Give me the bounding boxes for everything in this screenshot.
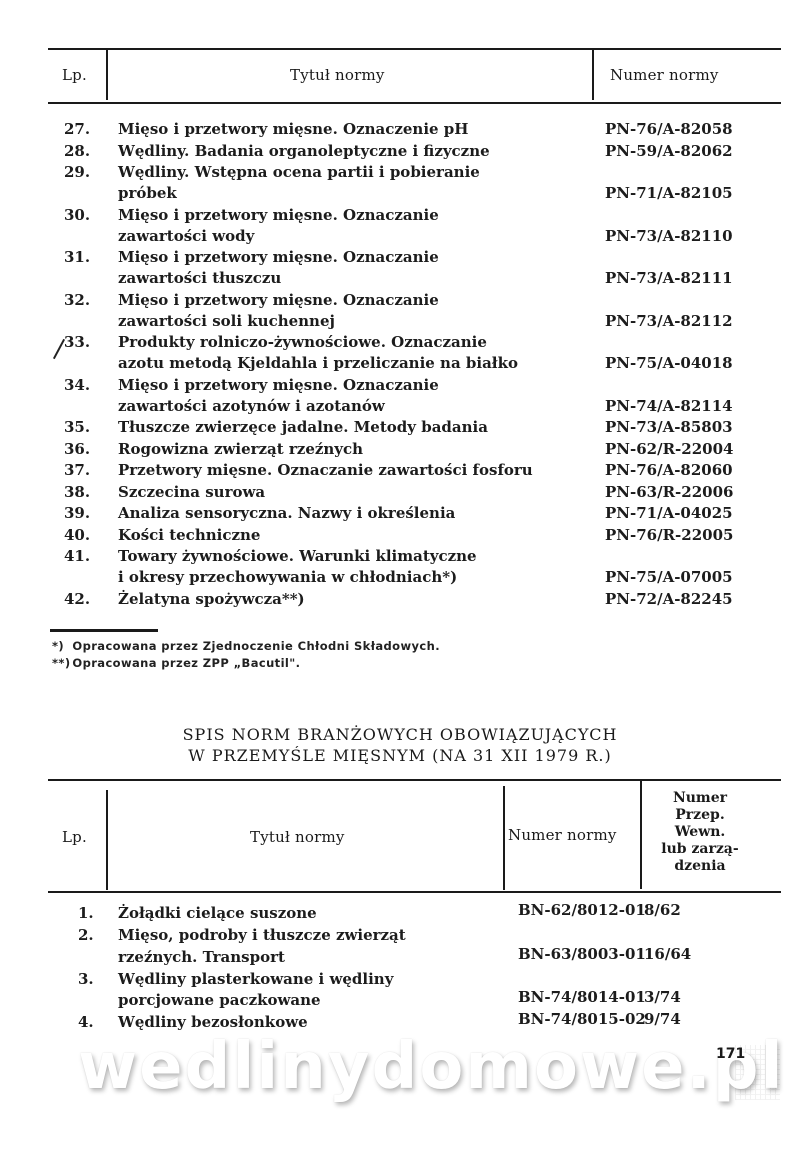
row-lp: 35. [64,417,100,438]
row-title-line: Kości techniczne [118,525,588,546]
row-lp: 31. [64,247,100,268]
row-title-line: Mięso i przetwory mięsne. Oznaczenie pH [118,119,588,140]
order-header-line: Numer [640,790,760,807]
row-title-line: Wędliny plasterkowane i wędliny [118,969,393,990]
footnote-2-mark: **) [52,656,68,670]
table2-header-lp: Lp. [62,828,87,846]
row-lp: 37. [64,460,100,481]
table-row: 35.Tłuszcze zwierzęce jadalne. Metody ba… [0,417,800,439]
row-title-line: zawartości tłuszczu [118,268,588,289]
row-lp: 30. [64,205,100,226]
table2-header-order: NumerPrzep.Wewn.lub zarzą-dzenia [640,790,760,875]
row-title-line: Żołądki cielące suszone [118,903,317,924]
row-title-line: zawartości azotynów i azotanów [118,396,588,417]
row-norm-number: PN-59/A-82062 [605,141,733,162]
row-lp: 38. [64,482,100,503]
row-norm-number: PN-63/R-22006 [605,482,733,503]
row-norm-number: BN-62/8012-01 [518,900,646,921]
row-norm-number: BN-74/8015-02 [518,1009,646,1030]
row-lp: 34. [64,375,100,396]
table2-col-divider-1 [106,790,108,890]
table-row: 28.Wędliny. Badania organoleptyczne i fi… [0,141,800,163]
table-row: 27.Mięso i przetwory mięsne. Oznaczenie … [0,119,800,141]
table-row: 38.Szczecina surowaPN-63/R-22006 [0,482,800,504]
table-row: 41.Towary żywnościowe. Warunki klimatycz… [0,546,800,589]
row-title-line: Produkty rolniczo-żywnościowe. Oznaczani… [118,332,588,353]
row-lp: 29. [64,162,100,183]
table2-top-rule [48,779,781,781]
table2-header-bottom-rule [48,891,781,893]
row-title-line: Wędliny. Badania organoleptyczne i fizyc… [118,141,588,162]
footnote-1-mark: *) [52,639,68,653]
row-lp: 3. [78,969,108,990]
row-order-number: 9/74 [644,1009,681,1030]
row-title-line: Szczecina surowa [118,482,588,503]
row-norm-number: PN-74/A-82114 [605,396,733,417]
table2-header-number: Numer normy [508,826,617,844]
table1-col-divider-1 [106,50,108,100]
row-lp: 33. [64,332,100,353]
row-title-line: azotu metodą Kjeldahla i przeliczanie na… [118,353,588,374]
page-number: 171 [716,1046,745,1062]
footnote-rule [50,629,158,632]
row-norm-number: PN-73/A-82111 [605,268,733,289]
footnote-2: **) Opracowana przez ZPP „Bacutil". [52,656,300,670]
row-lp: 28. [64,141,100,162]
table-row: 29.Wędliny. Wstępna ocena partii i pobie… [0,162,800,205]
row-norm-number: PN-76/A-82060 [605,460,733,481]
order-header-line: dzenia [640,858,760,875]
row-title-line: Żelatyna spożywcza**) [118,589,588,610]
row-norm-number: PN-73/A-82112 [605,311,733,332]
row-title-line: porcjowane paczkowane [118,990,321,1011]
row-title-line: Mięso i przetwory mięsne. Oznaczanie [118,375,588,396]
order-header-line: Przep. [640,807,760,824]
row-norm-number: PN-71/A-04025 [605,503,733,524]
row-lp: 39. [64,503,100,524]
row-norm-number: PN-72/A-82245 [605,589,733,610]
row-title-line: Towary żywnościowe. Warunki klimatyczne [118,546,588,567]
footnote-1: *) Opracowana przez Zjednoczenie Chłodni… [52,639,440,653]
footnote-1-text: Opracowana przez Zjednoczenie Chłodni Sk… [72,639,440,653]
row-norm-number: PN-62/R-22004 [605,439,733,460]
section-title-line-1: SPIS NORM BRANŻOWYCH OBOWIĄZUJĄCYCH [0,724,800,746]
row-norm-number: BN-74/8014-01 [518,987,646,1008]
row-title-line: Mięso, podroby i tłuszcze zwierząt [118,925,406,946]
row-lp: 36. [64,439,100,460]
row-title-line: Mięso i przetwory mięsne. Oznaczanie [118,205,588,226]
row-lp: 40. [64,525,100,546]
watermark: wedlinydomowe.pl [78,1030,785,1104]
row-order-number: 16/64 [644,944,691,965]
table1-header-bottom-rule [48,102,781,104]
row-title-line: Mięso i przetwory mięsne. Oznaczanie [118,290,588,311]
section-title-line-2: W PRZEMYŚLE MIĘSNYM (NA 31 XII 1979 R.) [0,745,800,767]
table2-col-divider-2 [503,786,505,890]
table1-header-lp: Lp. [62,66,87,84]
row-norm-number: PN-73/A-82110 [605,226,733,247]
table2-header-title: Tytuł normy [250,828,345,846]
table-row: 40.Kości technicznePN-76/R-22005 [0,525,800,547]
row-title-line: Analiza sensoryczna. Nazwy i określenia [118,503,588,524]
table-row: 42.Żelatyna spożywcza**)PN-72/A-82245 [0,589,800,611]
table-row: 32.Mięso i przetwory mięsne. Oznaczaniez… [0,290,800,333]
table-row: 34.Mięso i przetwory mięsne. Oznaczaniez… [0,375,800,418]
row-title-line: Mięso i przetwory mięsne. Oznaczanie [118,247,588,268]
row-lp: 27. [64,119,100,140]
row-norm-number: PN-75/A-04018 [605,353,733,374]
table-row: 36.Rogowizna zwierząt rzeźnychPN-62/R-22… [0,439,800,461]
row-norm-number: BN-63/8003-01 [518,944,646,965]
table-row: 31.Mięso i przetwory mięsne. Oznaczaniez… [0,247,800,290]
row-order-number: 3/74 [644,987,681,1008]
table1-col-divider-2 [592,50,594,100]
row-norm-number: PN-71/A-82105 [605,183,733,204]
row-title-line: próbek [118,183,588,204]
row-lp: 42. [64,589,100,610]
row-norm-number: PN-75/A-07005 [605,567,733,588]
row-norm-number: PN-76/R-22005 [605,525,733,546]
row-title-line: Wędliny. Wstępna ocena partii i pobieran… [118,162,588,183]
row-title-line: Tłuszcze zwierzęce jadalne. Metody badan… [118,417,588,438]
row-title-line: zawartości wody [118,226,588,247]
document-page: Lp. Tytuł normy Numer normy 27.Mięso i p… [0,0,800,1150]
table-row: 37.Przetwory mięsne. Oznaczanie zawartoś… [0,460,800,482]
row-title-line: rzeźnych. Transport [118,947,285,968]
row-title-line: Przetwory mięsne. Oznaczanie zawartości … [118,460,588,481]
table-row: 39.Analiza sensoryczna. Nazwy i określen… [0,503,800,525]
table-row: 33.Produkty rolniczo-żywnościowe. Oznacz… [0,332,800,375]
order-header-line: lub zarzą- [640,841,760,858]
row-lp: 32. [64,290,100,311]
row-title-line: zawartości soli kuchennej [118,311,588,332]
order-header-line: Wewn. [640,824,760,841]
row-norm-number: PN-73/A-85803 [605,417,733,438]
row-title-line: i okresy przechowywania w chłodniach*) [118,567,588,588]
table1-top-rule [48,48,781,50]
table1-header-number: Numer normy [610,66,719,84]
row-title-line: Rogowizna zwierząt rzeźnych [118,439,588,460]
row-order-number: 8/62 [644,900,681,921]
row-lp: 2. [78,925,108,946]
row-lp: 1. [78,903,108,924]
row-lp: 41. [64,546,100,567]
table1-header-title: Tytuł normy [290,66,385,84]
table-row: 30.Mięso i przetwory mięsne. Oznaczaniez… [0,205,800,248]
footnote-2-text: Opracowana przez ZPP „Bacutil". [72,656,300,670]
row-norm-number: PN-76/A-82058 [605,119,733,140]
